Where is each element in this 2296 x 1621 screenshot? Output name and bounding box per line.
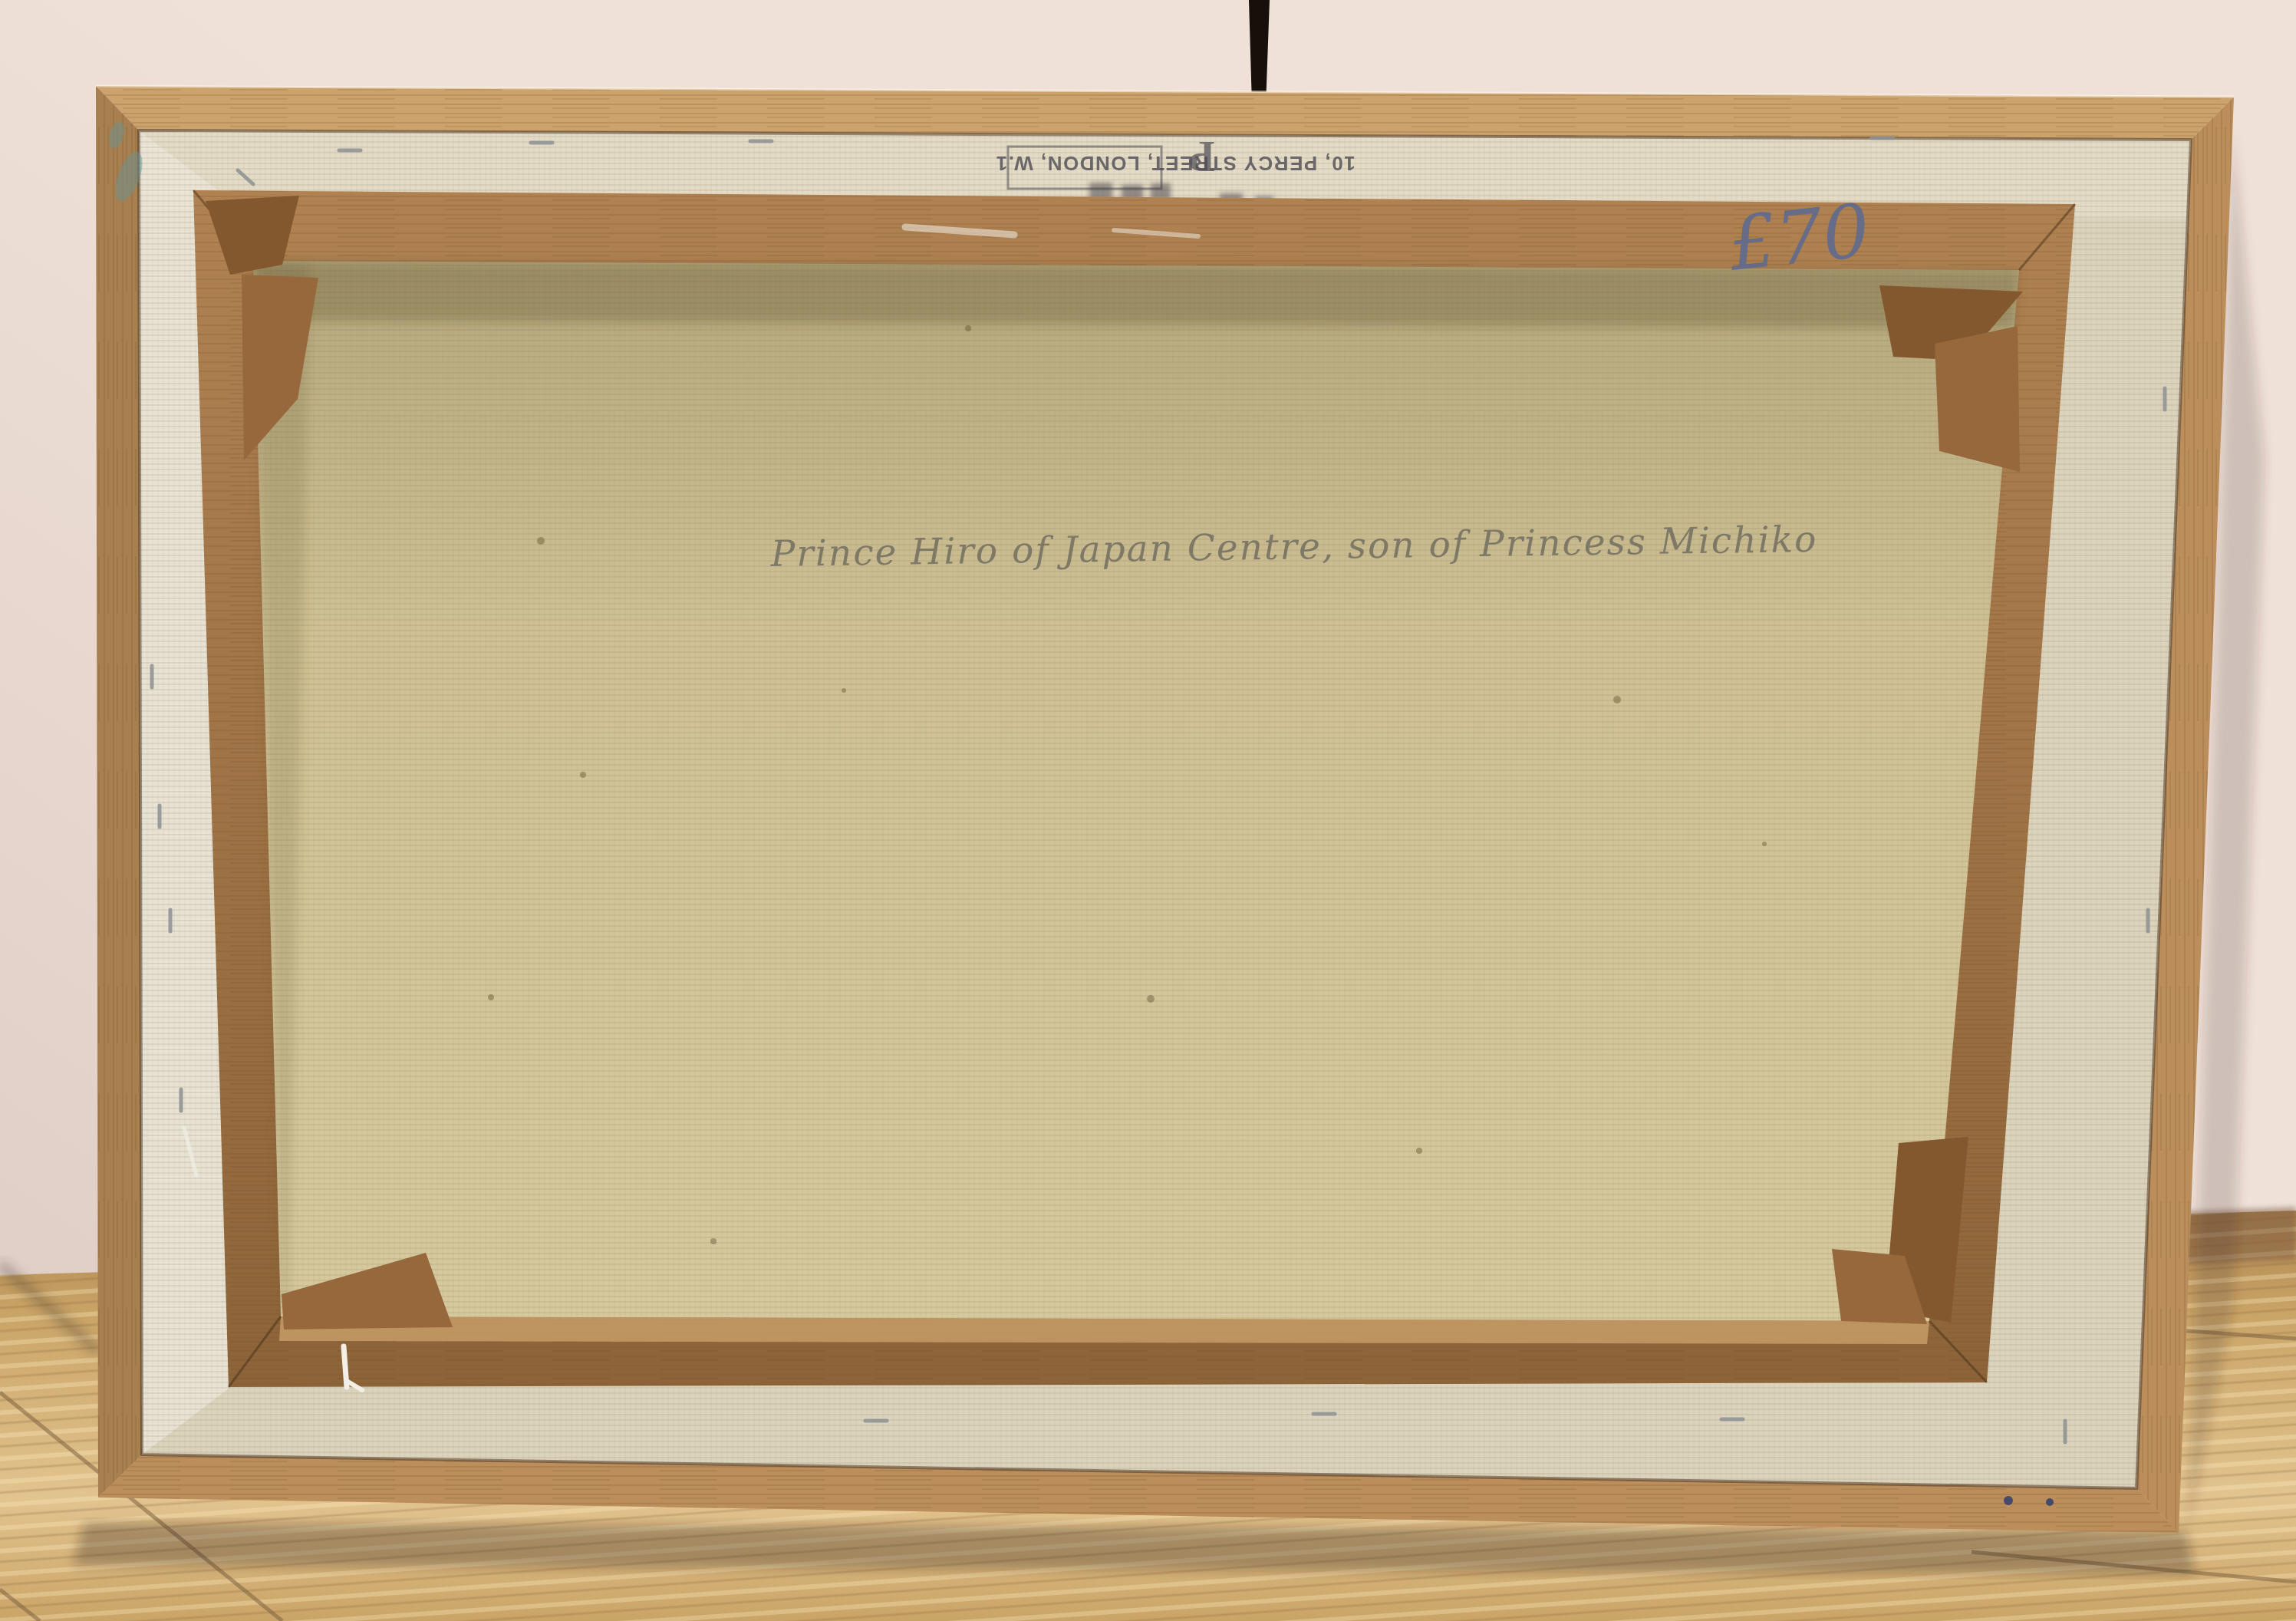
price-marking: £70	[1724, 187, 1874, 288]
frame-left-grain	[96, 86, 142, 1497]
stamp-monogram: P	[1189, 132, 1215, 180]
canvas-back-weave	[253, 261, 2019, 1321]
blue-paint-dot	[2046, 1498, 2054, 1506]
corner-wedge	[1935, 326, 2020, 472]
canvas-back	[253, 261, 2019, 1321]
blue-paint-dot	[2004, 1496, 2013, 1505]
photo-canvas: 10, PERCY STREET, LONDON, W.1 P	[0, 0, 2296, 1621]
supplier-stamp-text: 10, PERCY STREET, LONDON, W.1	[995, 152, 1355, 175]
photo-back-of-framed-painting: 10, PERCY STREET, LONDON, W.1 P	[0, 0, 2296, 1621]
bottom-bar-top-face	[279, 1316, 1929, 1344]
